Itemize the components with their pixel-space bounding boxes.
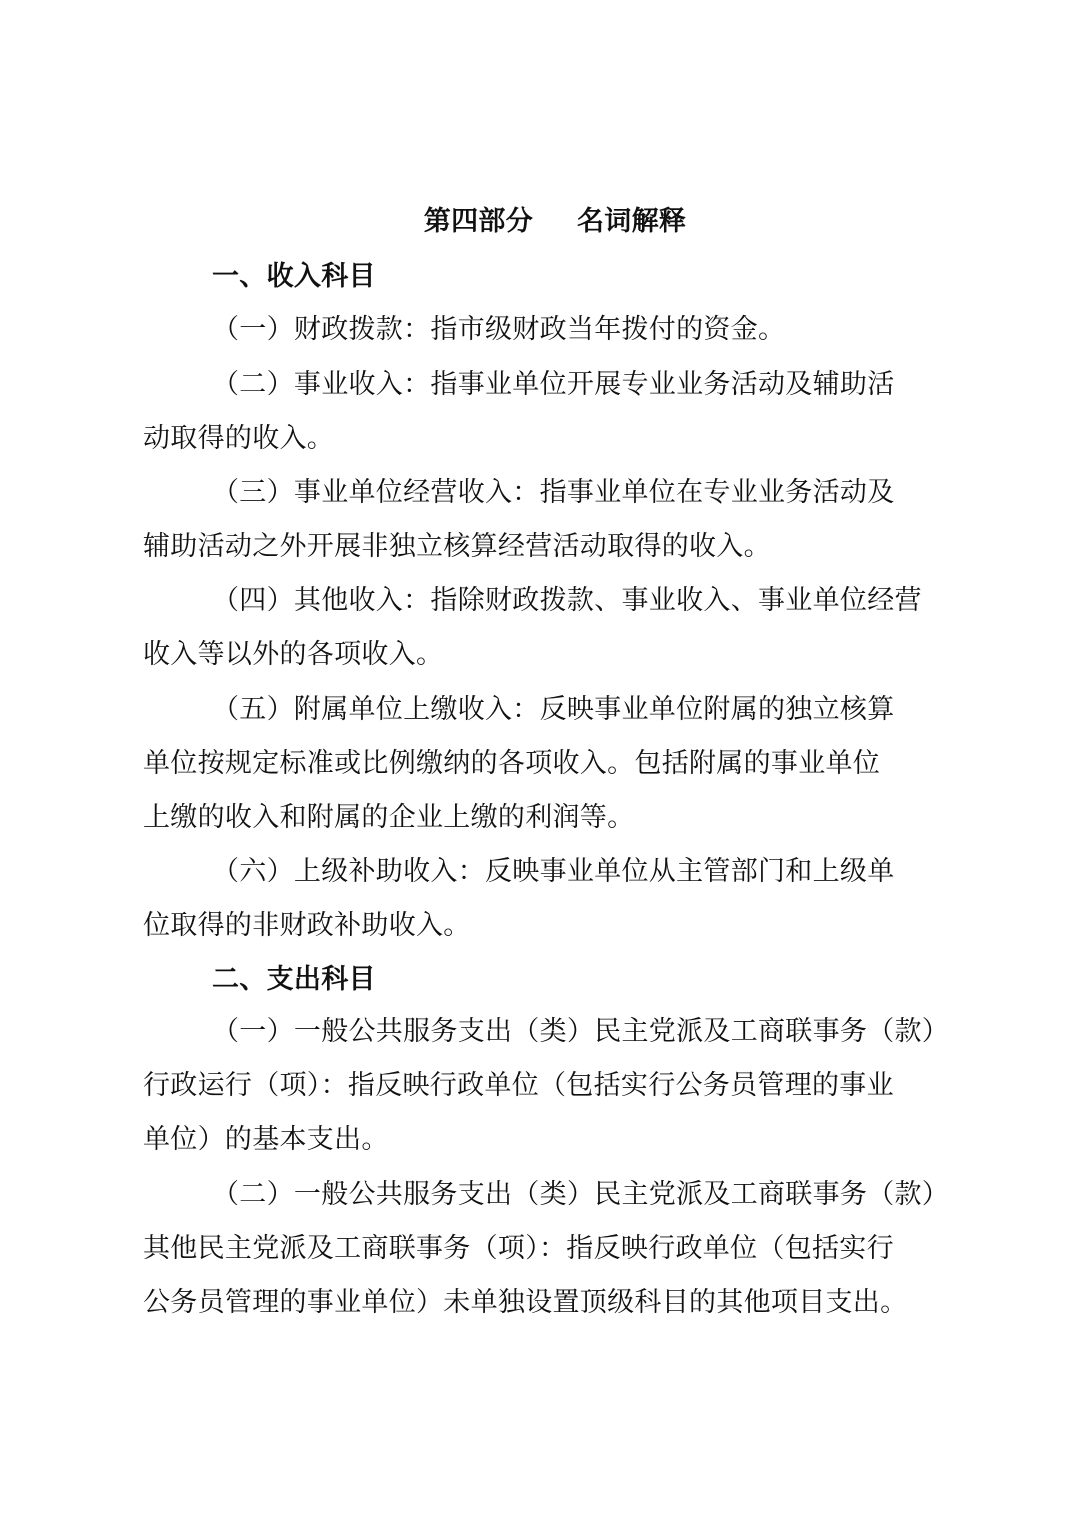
title-name: 名词解释 [577,206,686,237]
income-item-5-line-1: （五）附属单位上缴收入：反映事业单位附属的独立核算 [212,690,1012,730]
income-item-2-line-2: 动取得的收入。 [143,419,943,459]
expenditure-item-1-line-3: 单位）的基本支出。 [143,1120,943,1160]
income-item-4-line-1: （四）其他收入：指除财政拨款、事业收入、事业单位经营 [212,581,1012,621]
page-title: 第四部分名词解释 [0,202,1074,242]
income-item-5-line-3: 上缴的收入和附属的企业上缴的利润等。 [143,798,943,838]
section-heading-expenditure: 二、支出科目 [212,960,1012,1000]
title-part: 第四部分 [424,206,533,237]
income-item-6-line-1: （六）上级补助收入：反映事业单位从主管部门和上级单 [212,852,1012,892]
income-item-1-line-1: （一）财政拨款：指市级财政当年拨付的资金。 [212,310,1012,350]
income-item-4-line-2: 收入等以外的各项收入。 [143,635,943,675]
income-item-2-line-1: （二）事业收入：指事业单位开展专业业务活动及辅助活 [212,365,1012,405]
expenditure-item-2-line-3: 公务员管理的事业单位）未单独设置顶级科目的其他项目支出。 [143,1283,943,1323]
document-page: 第四部分名词解释 一、收入科目 （一）财政拨款：指市级财政当年拨付的资金。 （二… [0,0,1074,1518]
section-heading-income: 一、收入科目 [212,257,1012,297]
expenditure-item-2-line-1: （二）一般公共服务支出（类）民主党派及工商联事务（款） [212,1175,1012,1215]
expenditure-item-2-line-2: 其他民主党派及工商联事务（项）：指反映行政单位（包括实行 [143,1229,943,1269]
income-item-3-line-2: 辅助活动之外开展非独立核算经营活动取得的收入。 [143,527,943,567]
income-item-3-line-1: （三）事业单位经营收入：指事业单位在专业业务活动及 [212,473,1012,513]
expenditure-item-1-line-1: （一）一般公共服务支出（类）民主党派及工商联事务（款） [212,1012,1012,1052]
income-item-5-line-2: 单位按规定标准或比例缴纳的各项收入。包括附属的事业单位 [143,744,943,784]
expenditure-item-1-line-2: 行政运行（项）：指反映行政单位（包括实行公务员管理的事业 [143,1066,943,1106]
income-item-6-line-2: 位取得的非财政补助收入。 [143,906,943,946]
